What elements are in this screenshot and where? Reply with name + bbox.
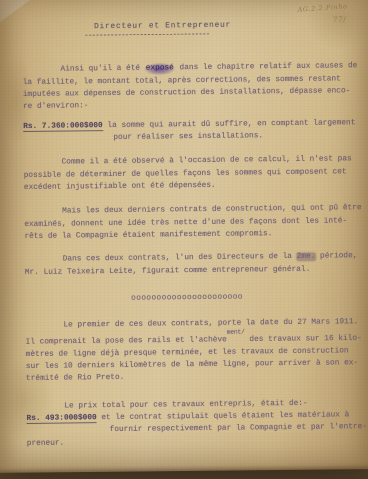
paragraph-3: Mais les deux derniers contrats de const… xyxy=(24,202,360,243)
text-fragment: Ainsi qu'il a été xyxy=(60,65,144,74)
underlined-amount: Rs. 493:000$000 xyxy=(26,414,96,424)
text-fragment: des travaux sur 16 kilo- xyxy=(245,334,362,343)
text-fragment: période, xyxy=(315,253,357,261)
interlinear-insertion: ment/ xyxy=(227,328,245,335)
text-line: rêts de la Compagnie étaient manifesteme… xyxy=(24,227,360,243)
paper-bottom-edge xyxy=(0,469,368,479)
text-fragment: dans le chapitre relatif aux causes de xyxy=(175,62,358,72)
typed-separator: oooooooooooooooooooooo xyxy=(25,290,361,306)
text-fragment: Il comprenait la pose des rails et l'ach… xyxy=(26,336,227,346)
text-line: excédent injustifiable ont été dépensées… xyxy=(24,178,360,194)
scanned-page: AG.2.2.Pinho 77/ Directeur et Entreprene… xyxy=(0,0,368,479)
paragraph-2: Comme il a été observé à l'occasion de c… xyxy=(24,153,360,194)
pencil-archive-ref: AG.2.2.Pinho xyxy=(297,2,348,14)
text-fragment: la somme qui aurait dû suffire, en compt… xyxy=(103,119,356,130)
paragraph-1: Ainsi qu'il a été exposé dans le chapitr… xyxy=(22,60,359,113)
ink-smudge: 2me. xyxy=(297,253,316,261)
paragraph-4: Dans ces deux contrats, l'un des Directe… xyxy=(25,250,361,278)
text-line: trémité de Rio Preto. xyxy=(26,369,362,385)
text-line: preneur. xyxy=(27,434,363,450)
document-body: Directeur et Entrepreneur --------------… xyxy=(22,18,363,450)
underlined-amount: Rs. 7.360:000$000 xyxy=(23,122,103,132)
paragraph-6: Le prix total pour ces travaux entrepris… xyxy=(26,397,363,450)
text-fragment: et le contrat stipulait quels étaient le… xyxy=(97,411,350,422)
amount-line-1: Rs. 7.360:000$000 la somme qui aurait dû… xyxy=(23,117,359,145)
text-line: re d'environ:- xyxy=(23,97,359,113)
ink-stamp: exposé xyxy=(144,62,176,75)
text-fragment: Dans ces deux contrats, l'un des Directe… xyxy=(63,253,297,264)
paper-corner xyxy=(0,0,30,22)
paragraph-5: Le premier de ces deux contrats, porte l… xyxy=(25,317,362,386)
